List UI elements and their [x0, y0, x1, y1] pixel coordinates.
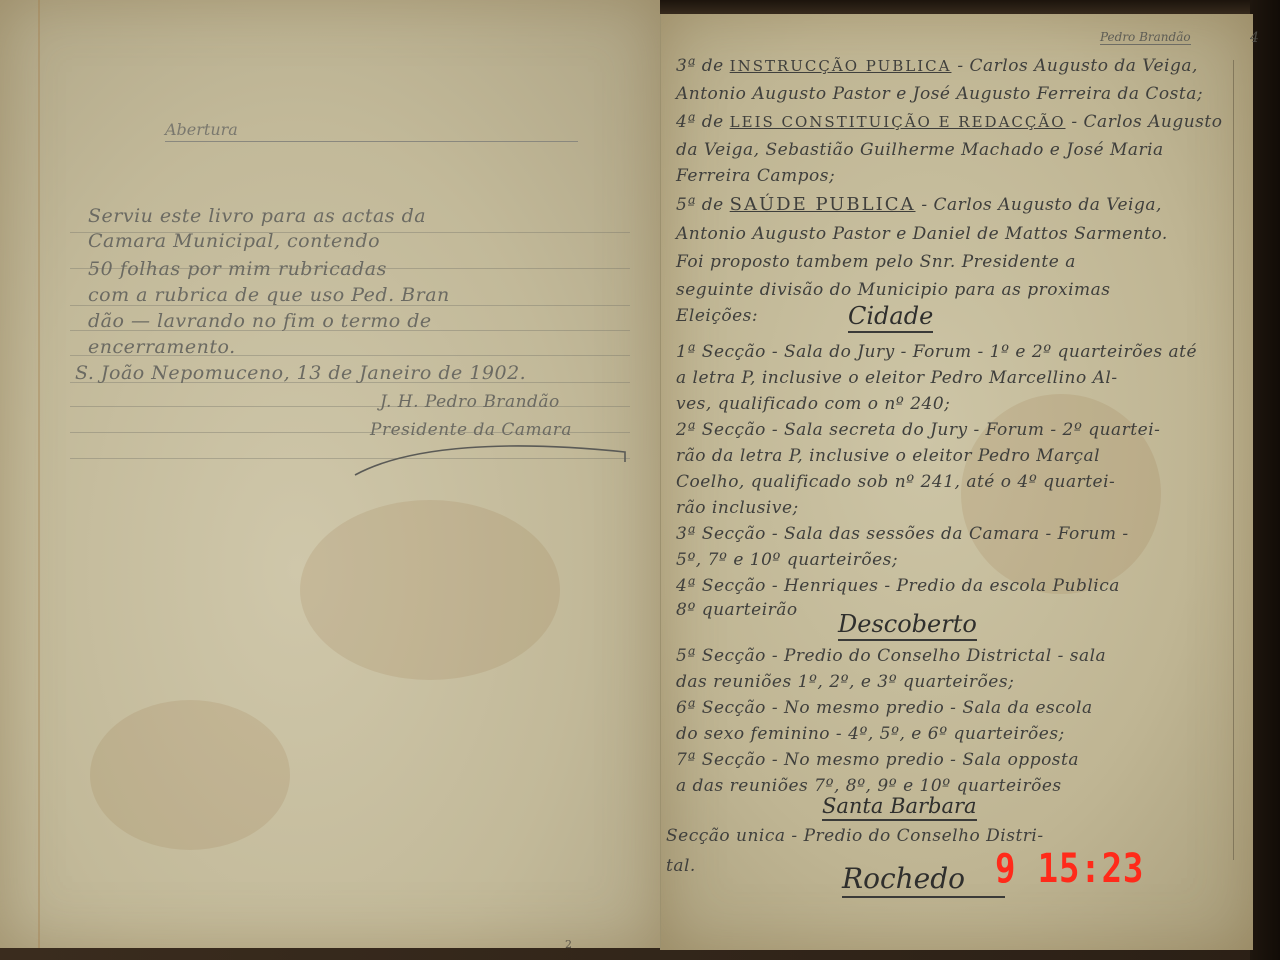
left-text-line: Serviu este livro para as actas da: [88, 205, 426, 227]
section-heading-cidade: Cidade: [848, 302, 933, 333]
right-text-line: 5ª Secção - Predio do Conselho Districta…: [676, 646, 1106, 666]
page-footer-number: 2: [565, 938, 572, 951]
page-margin-line: [1233, 60, 1234, 860]
right-text-line: rão inclusive;: [676, 498, 799, 518]
line-text: - Carlos Augusto da Veiga,: [951, 56, 1197, 76]
right-text-line: 6ª Secção - No mesmo predio - Sala da es…: [676, 698, 1093, 718]
right-text-line: 5ª de SAÚDE PUBLICA - Carlos Augusto da …: [676, 194, 1162, 215]
right-text-line: Coelho, qualificado sob nº 241, até o 4º…: [676, 472, 1115, 492]
line-prefix: 4ª de: [676, 112, 730, 132]
right-text-line: a letra P, inclusive o eleitor Pedro Mar…: [676, 368, 1118, 388]
photo-background: Abertura Serviu este livro para as actas…: [0, 0, 1280, 960]
left-text-line: S. João Nepomuceno, 13 de Janeiro de 190…: [75, 362, 526, 384]
right-text-line: da Veiga, Sebastião Guilherme Machado e …: [676, 140, 1164, 160]
right-text-line: 1ª Secção - Sala do Jury - Forum - 1º e …: [676, 342, 1197, 362]
right-text-line: a das reuniões 7º, 8º, 9º e 10º quarteir…: [676, 776, 1062, 796]
left-text-line: Camara Municipal, contendo: [88, 230, 380, 252]
right-text-line: 8º quarteirão: [676, 600, 798, 620]
right-text-line: Antonio Augusto Pastor e Daniel de Matto…: [676, 224, 1168, 244]
book-cover-edge-right: [1250, 0, 1280, 960]
left-text-line: 50 folhas por mim rubricadas: [88, 258, 387, 280]
right-text-line: Foi proposto tambem pelo Snr. Presidente…: [676, 252, 1076, 272]
right-text-line: Ferreira Campos;: [676, 166, 835, 186]
right-text-line: 7ª Secção - No mesmo predio - Sala oppos…: [676, 750, 1079, 770]
right-text-line: das reuniões 1º, 2º, e 3º quarteirões;: [676, 672, 1014, 692]
right-text-line: tal.: [666, 856, 696, 876]
left-text-line: com a rubrica de que uso Ped. Bran: [88, 284, 450, 306]
committee-name: SAÚDE PUBLICA: [730, 194, 916, 215]
page-header-note: Pedro Brandão: [1100, 30, 1191, 45]
camera-timestamp: 9 15:23: [995, 846, 1144, 892]
paper-stain: [90, 700, 290, 850]
left-text-line: dão — lavrando no fim o termo de: [88, 310, 432, 332]
committee-name: INSTRUCÇÃO PUBLICA: [730, 57, 952, 75]
right-text-line: 3ª de INSTRUCÇÃO PUBLICA - Carlos August…: [676, 56, 1198, 76]
section-heading-descoberto: Descoberto: [838, 610, 977, 641]
right-text-line: 2ª Secção - Sala secreta do Jury - Forum…: [676, 420, 1160, 440]
right-text-line: 4ª Secção - Henriques - Predio da escola…: [676, 576, 1120, 596]
right-text-line: seguinte divisão do Municipio para as pr…: [676, 280, 1111, 300]
section-heading-rochedo: Rochedo: [842, 862, 1005, 898]
line-prefix: 3ª de: [676, 56, 730, 76]
right-text-line: Antonio Augusto Pastor e José Augusto Fe…: [676, 84, 1203, 104]
line-text: - Carlos Augusto: [1066, 112, 1223, 132]
right-text-line: do sexo feminino - 4º, 5º, e 6º quarteir…: [676, 724, 1065, 744]
signature-flourish-icon: [350, 440, 630, 480]
left-text-line: encerramento.: [88, 336, 236, 358]
line-prefix: 5ª de: [676, 195, 730, 215]
right-text-line: 5º, 7º e 10º quarteirões;: [676, 550, 898, 570]
page-number: 4: [1250, 30, 1259, 46]
right-text-line: 4ª de LEIS CONSTITUIÇÃO E REDACÇÃO - Car…: [676, 112, 1222, 132]
left-page-title: Abertura: [165, 120, 578, 142]
right-text-line: rão da letra P, inclusive o eleitor Pedr…: [676, 446, 1100, 466]
page-margin-line: [38, 0, 40, 948]
right-text-line: 3ª Secção - Sala das sessões da Camara -…: [676, 524, 1129, 544]
right-text-line: Secção unica - Predio do Conselho Distri…: [666, 826, 1044, 846]
section-heading-santa-barbara: Santa Barbara: [822, 794, 977, 821]
right-text-line: ves, qualificado com o nº 240;: [676, 394, 950, 414]
signature: J. H. Pedro Brandão: [380, 392, 560, 412]
paper-stain: [300, 500, 560, 680]
committee-name: LEIS CONSTITUIÇÃO E REDACÇÃO: [730, 113, 1066, 131]
right-text-line: Eleições:: [676, 306, 758, 326]
line-text: - Carlos Augusto da Veiga,: [915, 195, 1161, 215]
signature-title: Presidente da Camara: [370, 420, 572, 440]
